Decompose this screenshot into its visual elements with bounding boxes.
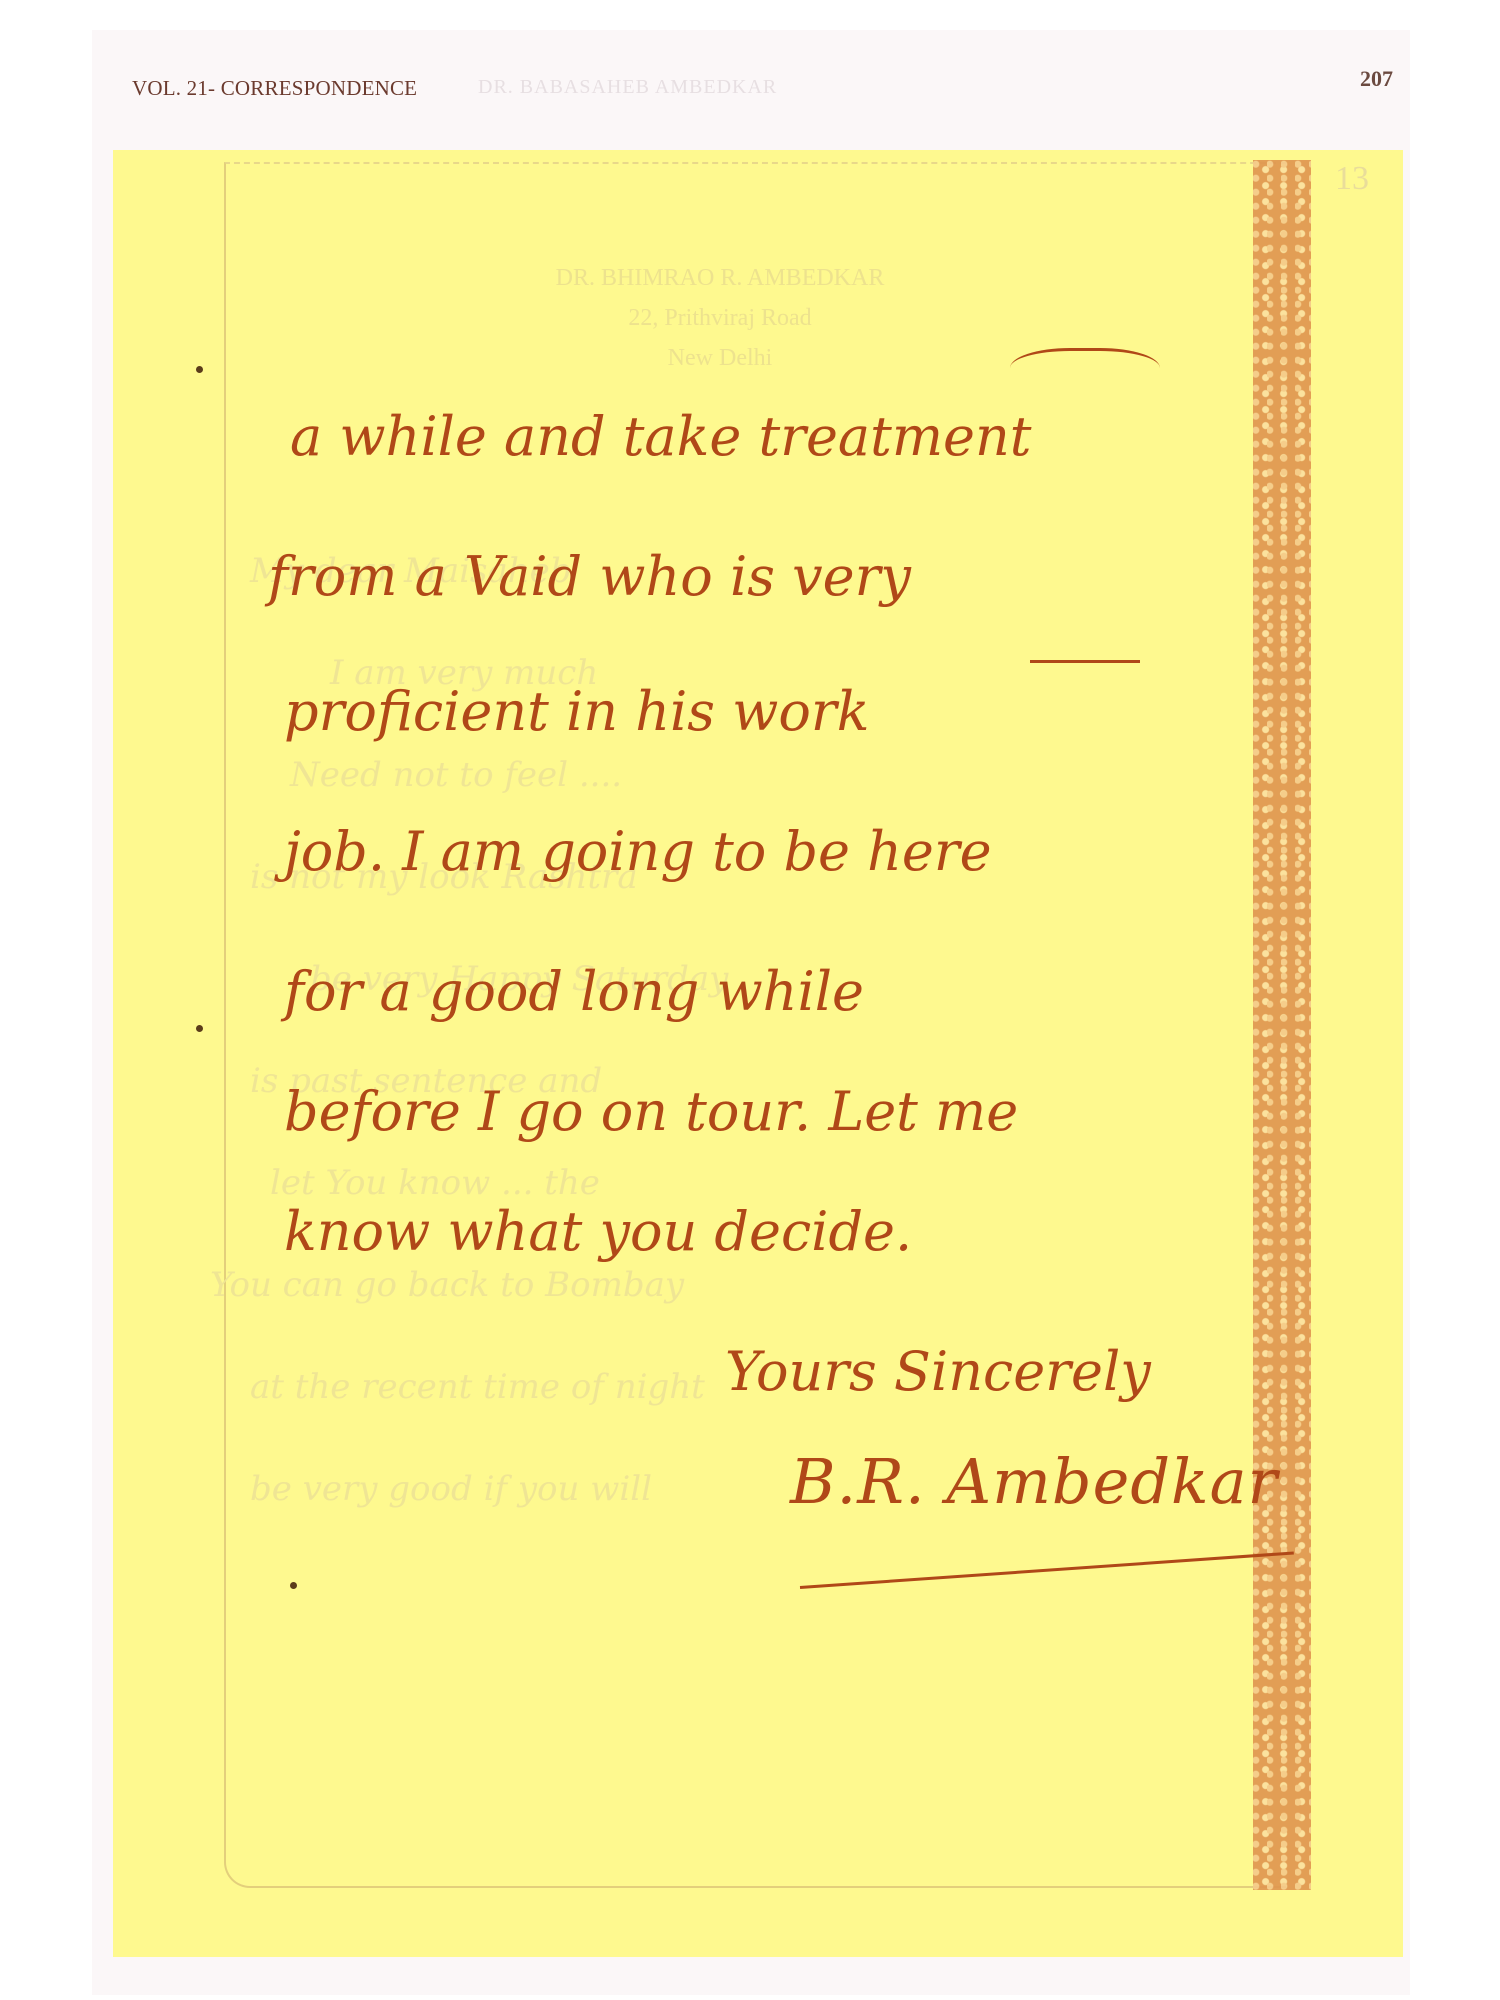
letter-line-1: a while and take treatment <box>290 405 1031 468</box>
ink-overline <box>1010 348 1160 375</box>
running-head-ghost: DR. BABASAHEB AMBEDKAR <box>478 76 777 99</box>
running-head: VOL. 21- CORRESPONDENCE <box>132 76 417 101</box>
ink-dot <box>196 1025 203 1032</box>
ink-dot <box>196 366 203 373</box>
page-number: 207 <box>1360 66 1393 92</box>
torn-edge-strip <box>1253 160 1311 1890</box>
letter-line-7: know what you decide. <box>284 1200 912 1263</box>
ghost-letterhead: DR. BHIMRAO R. AMBEDKAR 22, Prithviraj R… <box>440 258 1000 378</box>
ghost-page-number: 13 <box>1335 160 1369 198</box>
ghost-letterhead-address: 22, Prithviraj Road <box>440 298 1000 338</box>
ghost-letterhead-city: New Delhi <box>440 338 1000 378</box>
strikethrough <box>1030 660 1140 663</box>
letter-line-5: for a good long while <box>284 960 864 1023</box>
letter-line-6: before I go on tour. Let me <box>284 1080 1018 1143</box>
letter-closing: Yours Sincerely <box>725 1340 1151 1403</box>
ink-dot <box>290 1582 297 1589</box>
signature: B.R. Ambedkar <box>790 1445 1278 1518</box>
ghost-letterhead-name: DR. BHIMRAO R. AMBEDKAR <box>440 258 1000 298</box>
letter-line-3: proficient in his work <box>284 680 869 743</box>
letter-line-2: from a Vaid who is very <box>268 545 911 608</box>
letter-line-4: job. I am going to be here <box>284 820 992 883</box>
